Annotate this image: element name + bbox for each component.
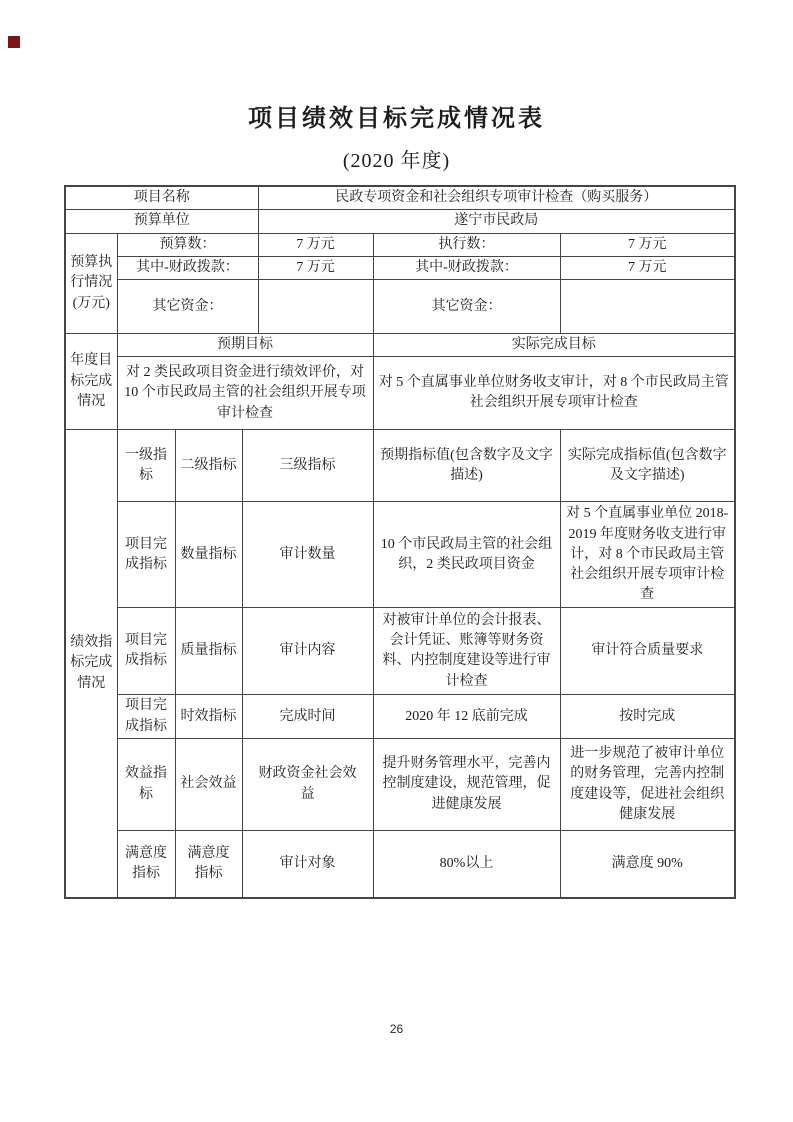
header-actual-value: 实际完成指标值(包含数字及文字描述) <box>560 430 735 502</box>
row-budget-unit: 预算单位 遂宁市民政局 <box>65 210 735 233</box>
revision-mark <box>8 36 20 48</box>
timeliness-level1: 项目完 成指标 <box>117 695 175 739</box>
quality-level3: 审计内容 <box>242 608 373 695</box>
header-expected-value: 预期指标值(包含数字及文字描述) <box>373 430 560 502</box>
header-level1: 一级指 标 <box>117 430 175 502</box>
benefit-level3: 财政资金社会效 益 <box>242 739 373 831</box>
actual-goal-content: 对 5 个直属事业单位财务收支审计，对 8 个市民政局主管社会组织开展专项审计检… <box>373 357 735 430</box>
satisfaction-actual: 满意度 90% <box>560 831 735 898</box>
timeliness-level3: 完成时间 <box>242 695 373 739</box>
fiscal-allocation-label-left: 其中-财政拨款： <box>117 256 258 279</box>
row-other-funds: 其它资金： 其它资金： <box>65 280 735 334</box>
benefit-level2: 社会效益 <box>175 739 242 831</box>
row-fiscal-allocation: 其中-财政拨款： 7 万元 其中-财政拨款： 7 万元 <box>65 256 735 279</box>
perf-section-label: 绩效指 标完成 情况 <box>65 430 117 898</box>
row-project-name: 项目名称 民政专项资金和社会组织专项审计检查（购买服务） <box>65 186 735 210</box>
row-benefit-indicator: 效益指 标 社会效益 财政资金社会效 益 提升财务管理水平，完善内控制度建设，规… <box>65 739 735 831</box>
budget-exec-section-label: 预算执 行情况 (万元) <box>65 233 117 334</box>
quality-actual: 审计符合质量要求 <box>560 608 735 695</box>
quantity-level3: 审计数量 <box>242 502 373 608</box>
timeliness-level2: 时效指标 <box>175 695 242 739</box>
timeliness-expected: 2020 年 12 底前完成 <box>373 695 560 739</box>
fiscal-allocation-value-left: 7 万元 <box>258 256 373 279</box>
annual-goal-section-label: 年度目 标完成 情况 <box>65 334 117 430</box>
satisfaction-expected: 80%以上 <box>373 831 560 898</box>
quality-level1: 项目完 成指标 <box>117 608 175 695</box>
fiscal-allocation-label-right: 其中-财政拨款： <box>373 256 560 279</box>
exec-amount-label: 执行数： <box>373 233 560 256</box>
satisfaction-level1: 满意度 指标 <box>117 831 175 898</box>
budget-amount-label: 预算数： <box>117 233 258 256</box>
quality-level2: 质量指标 <box>175 608 242 695</box>
benefit-expected: 提升财务管理水平，完善内控制度建设，规范管理，促进健康发展 <box>373 739 560 831</box>
row-annual-goal-content: 对 2 类民政项目资金进行绩效评价，对 10 个市民政局主管的社会组织开展专项审… <box>65 357 735 430</box>
row-quality-indicator: 项目完 成指标 质量指标 审计内容 对被审计单位的会计报表、会计凭证、账簿等财务… <box>65 608 735 695</box>
performance-target-table: 项目名称 民政专项资金和社会组织专项审计检查（购买服务） 预算单位 遂宁市民政局… <box>64 185 736 899</box>
budget-unit-value: 遂宁市民政局 <box>258 210 735 233</box>
other-funds-label-right: 其它资金： <box>373 280 560 334</box>
quality-expected: 对被审计单位的会计报表、会计凭证、账簿等财务资料、内控制度建设等进行审计检查 <box>373 608 560 695</box>
timeliness-actual: 按时完成 <box>560 695 735 739</box>
actual-goal-header: 实际完成目标 <box>373 334 735 357</box>
project-name-value: 民政专项资金和社会组织专项审计检查（购买服务） <box>258 186 735 210</box>
page-number: 26 <box>0 1022 793 1036</box>
page-subtitle: (2020 年度) <box>0 147 793 175</box>
document-page: 项目绩效目标完成情况表 (2020 年度) 项目名称 民政专项资金和社会组织专项… <box>0 0 793 1122</box>
other-funds-value-left <box>258 280 373 334</box>
budget-amount-value: 7 万元 <box>258 233 373 256</box>
page-title: 项目绩效目标完成情况表 <box>0 104 793 134</box>
satisfaction-level2: 满意度 指标 <box>175 831 242 898</box>
other-funds-label-left: 其它资金： <box>117 280 258 334</box>
project-name-label: 项目名称 <box>65 186 258 210</box>
header-level2: 二级指标 <box>175 430 242 502</box>
quantity-expected: 10 个市民政局主管的社会组织，2 类民政项目资金 <box>373 502 560 608</box>
budget-unit-label: 预算单位 <box>65 210 258 233</box>
benefit-level1: 效益指 标 <box>117 739 175 831</box>
quantity-level2: 数量指标 <box>175 502 242 608</box>
satisfaction-level3: 审计对象 <box>242 831 373 898</box>
fiscal-allocation-value-right: 7 万元 <box>560 256 735 279</box>
row-indicator-header: 绩效指 标完成 情况 一级指 标 二级指标 三级指标 预期指标值(包含数字及文字… <box>65 430 735 502</box>
quantity-level1: 项目完 成指标 <box>117 502 175 608</box>
header-level3: 三级指标 <box>242 430 373 502</box>
other-funds-value-right <box>560 280 735 334</box>
benefit-actual: 进一步规范了被审计单位的财务管理，完善内控制度建设等，促进社会组织健康发展 <box>560 739 735 831</box>
quantity-actual: 对 5 个直属事业单位 2018-2019 年度财务收支进行审计，对 8 个市民… <box>560 502 735 608</box>
expected-goal-header: 预期目标 <box>117 334 373 357</box>
row-satisfaction-indicator: 满意度 指标 满意度 指标 审计对象 80%以上 满意度 90% <box>65 831 735 898</box>
expected-goal-content: 对 2 类民政项目资金进行绩效评价，对 10 个市民政局主管的社会组织开展专项审… <box>117 357 373 430</box>
row-budget-amount: 预算执 行情况 (万元) 预算数： 7 万元 执行数： 7 万元 <box>65 233 735 256</box>
exec-amount-value: 7 万元 <box>560 233 735 256</box>
row-annual-goal-header: 年度目 标完成 情况 预期目标 实际完成目标 <box>65 334 735 357</box>
row-timeliness-indicator: 项目完 成指标 时效指标 完成时间 2020 年 12 底前完成 按时完成 <box>65 695 735 739</box>
row-quantity-indicator: 项目完 成指标 数量指标 审计数量 10 个市民政局主管的社会组织，2 类民政项… <box>65 502 735 608</box>
